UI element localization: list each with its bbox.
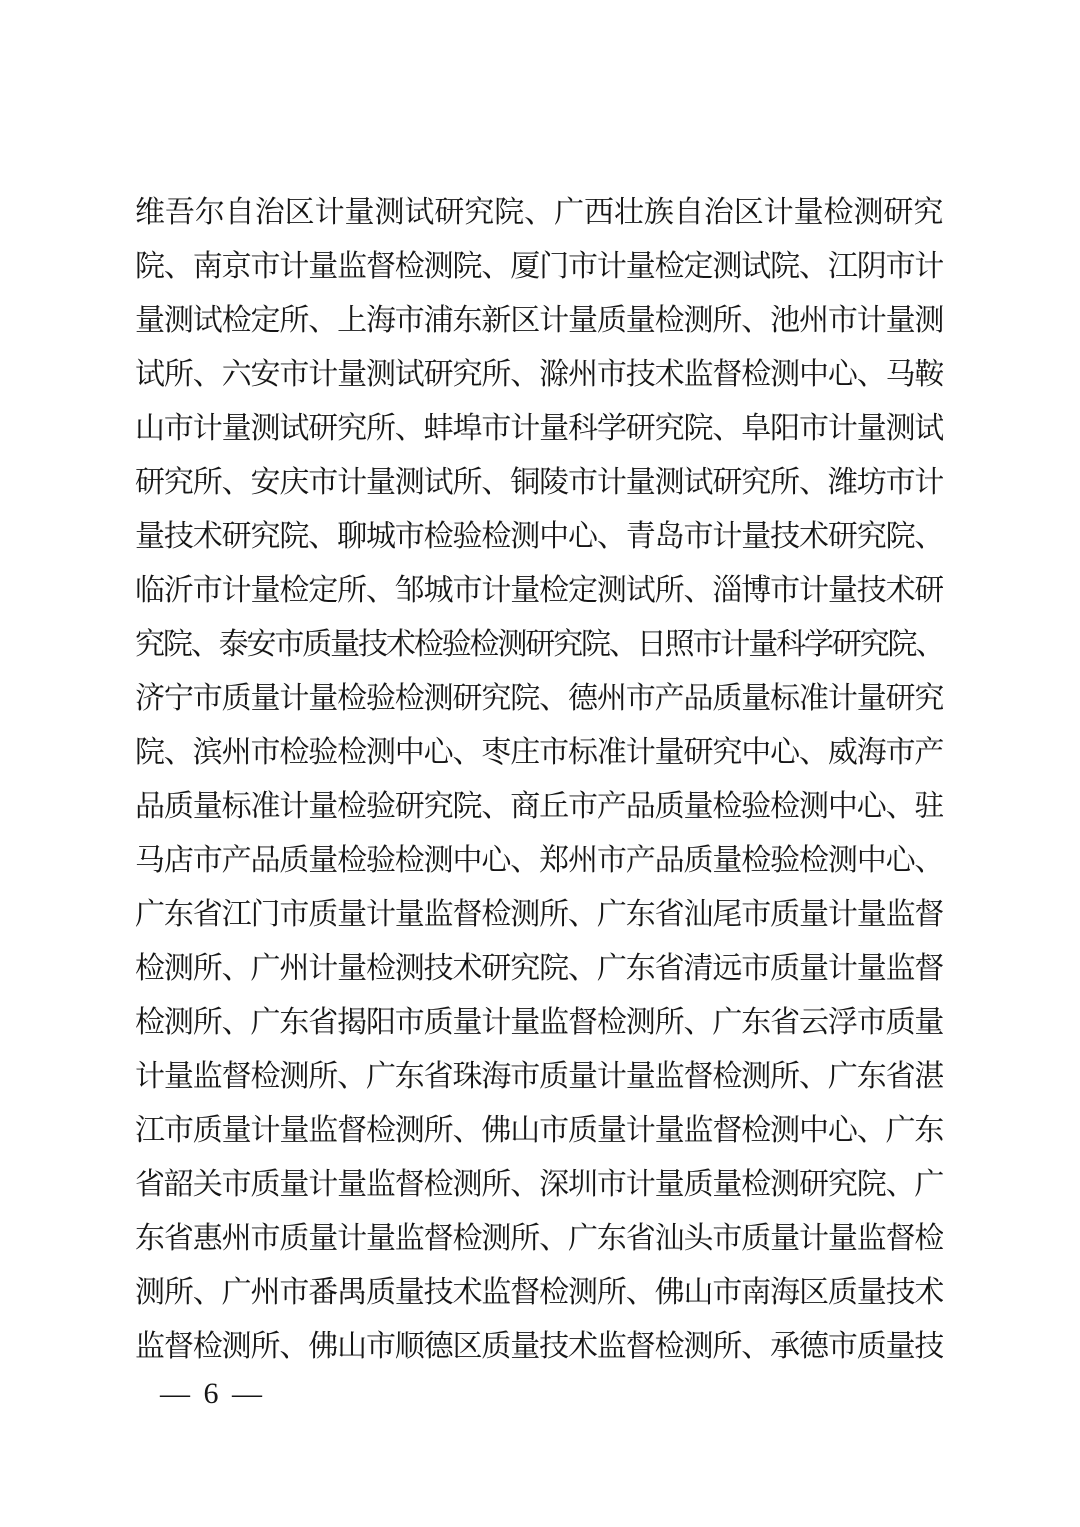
body-text-line: 监督检测所、佛山市顺德区质量技术监督检测所、承德市质量技 <box>135 1320 943 1374</box>
body-text-line: 马店市产品质量检验检测中心、郑州市产品质量检验检测中心、 <box>135 834 943 888</box>
body-text-line: 试所、六安市计量测试研究所、滁州市技术监督检测中心、马鞍 <box>135 348 943 402</box>
page-number: — 6 — <box>160 1378 263 1410</box>
body-text-line: 维吾尔自治区计量测试研究院、广西壮族自治区计量检测研究 <box>135 186 943 240</box>
body-text-line: 院、滨州市检验检测中心、枣庄市标准计量研究中心、威海市产 <box>135 726 943 780</box>
body-text-line: 检测所、广东省揭阳市质量计量监督检测所、广东省云浮市质量 <box>135 996 943 1050</box>
document-page: 维吾尔自治区计量测试研究院、广西壮族自治区计量检测研究 院、南京市计量监督检测院… <box>0 0 1080 1527</box>
body-text-line: 量技术研究院、聊城市检验检测中心、青岛市计量技术研究院、 <box>135 510 943 564</box>
body-text-line: 品质量标准计量检验研究院、商丘市产品质量检验检测中心、驻 <box>135 780 943 834</box>
body-text-line: 江市质量计量监督检测所、佛山市质量计量监督检测中心、广东 <box>135 1104 943 1158</box>
body-text-line: 东省惠州市质量计量监督检测所、广东省汕头市质量计量监督检 <box>135 1212 943 1266</box>
body-text-line: 省韶关市质量计量监督检测所、深圳市计量质量检测研究院、广 <box>135 1158 943 1212</box>
body-text-line: 量测试检定所、上海市浦东新区计量质量检测所、池州市计量测 <box>135 294 943 348</box>
body-text-line: 临沂市计量检定所、邹城市计量检定测试所、淄博市计量技术研 <box>135 564 943 618</box>
body-text-line: 研究所、安庆市计量测试所、铜陵市计量测试研究所、潍坊市计 <box>135 456 943 510</box>
body-text-line: 山市计量测试研究所、蚌埠市计量科学研究院、阜阳市计量测试 <box>135 402 943 456</box>
body-text-line: 究院、泰安市质量技术检验检测研究院、日照市计量科学研究院、 <box>135 618 943 672</box>
body-text-line: 广东省江门市质量计量监督检测所、广东省汕尾市质量计量监督 <box>135 888 943 942</box>
body-text-line: 院、南京市计量监督检测院、厦门市计量检定测试院、江阴市计 <box>135 240 943 294</box>
body-text-line: 测所、广州市番禺质量技术监督检测所、佛山市南海区质量技术 <box>135 1266 943 1320</box>
body-text-line: 计量监督检测所、广东省珠海市质量计量监督检测所、广东省湛 <box>135 1050 943 1104</box>
body-text-line: 济宁市质量计量检验检测研究院、德州市产品质量标准计量研究 <box>135 672 943 726</box>
body-text-block: 维吾尔自治区计量测试研究院、广西壮族自治区计量检测研究 院、南京市计量监督检测院… <box>135 186 943 1374</box>
body-text-line: 检测所、广州计量检测技术研究院、广东省清远市质量计量监督 <box>135 942 943 996</box>
